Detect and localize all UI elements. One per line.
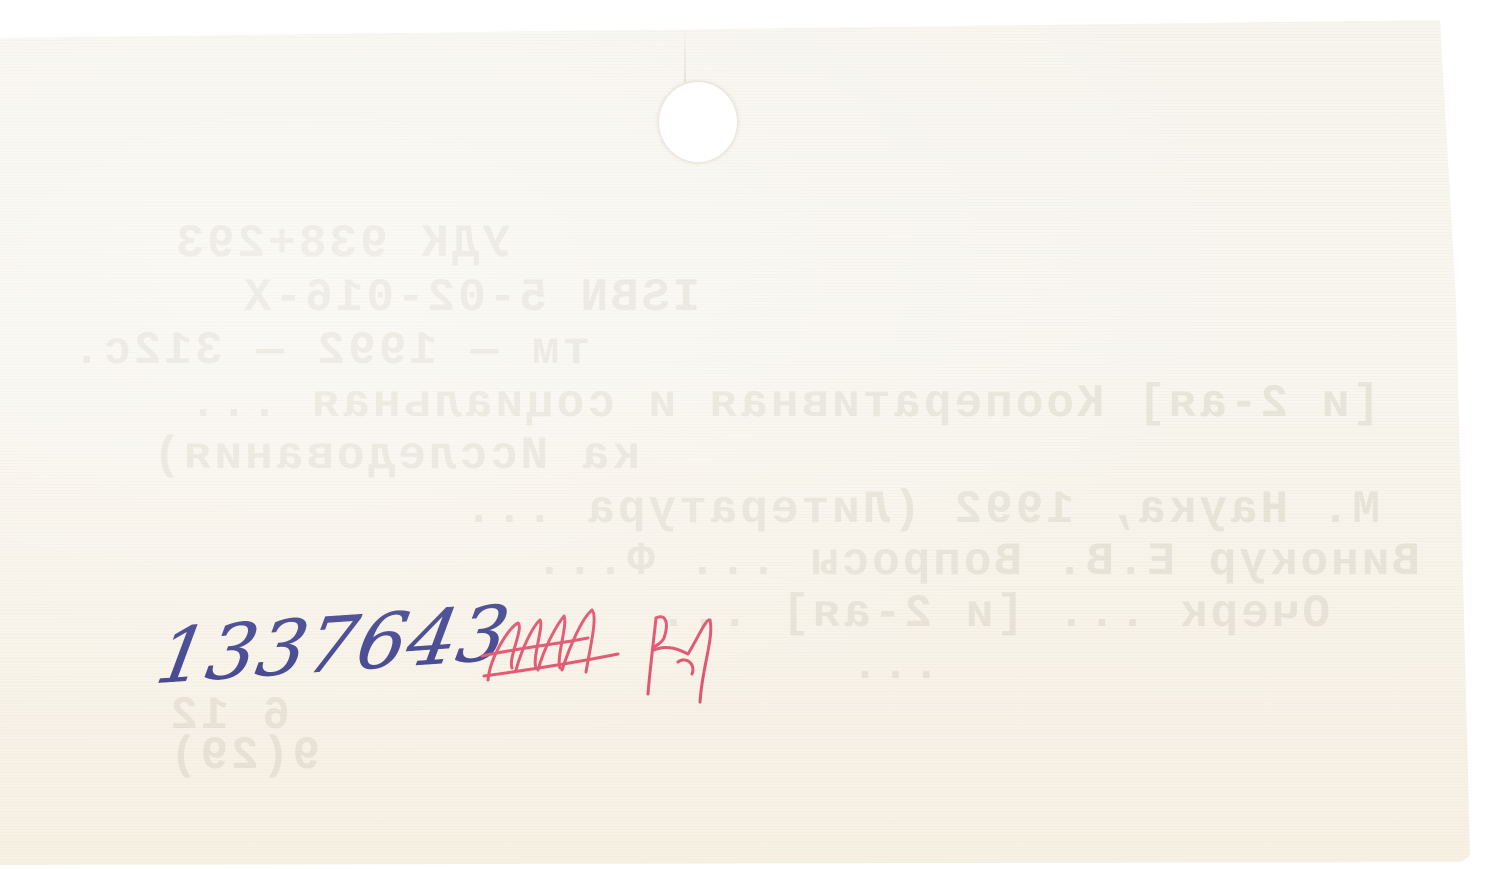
bleed-line: УДК 938+293 [173,218,510,270]
bleed-line: 9(29) [167,730,320,782]
scanned-card-image: УДК 938+293 ISBN 5-02-016-X тм — 1992 — … [0,0,1490,869]
bleed-line: ка Исследования) [150,430,640,482]
bleed-line: Винокур Е.В. Вопросы ... Ф... [532,536,1420,588]
catalog-card: УДК 938+293 ISBN 5-02-016-X тм — 1992 — … [0,0,1490,869]
card-crease [684,22,686,82]
bleed-line: М. Наука, 1992 (Литература ... [462,484,1380,536]
bleed-line: Очерк ... [и 2-ая] ... [657,588,1330,640]
red-crossed-out-annotation [478,598,728,718]
punch-hole [659,82,737,162]
inventory-number: 1337643 [150,588,517,701]
bleed-through-text: УДК 938+293 ISBN 5-02-016-X тм — 1992 — … [0,0,1490,869]
bleed-line: 6 12 [168,690,290,742]
bleed-line: ... [848,640,940,692]
bleed-line: [и 2-ая] Кооперативная и социальная ... [186,378,1380,430]
bleed-line: ISBN 5-02-016-X [241,272,700,324]
bleed-line: тм — 1992 — 312с. [70,325,590,377]
